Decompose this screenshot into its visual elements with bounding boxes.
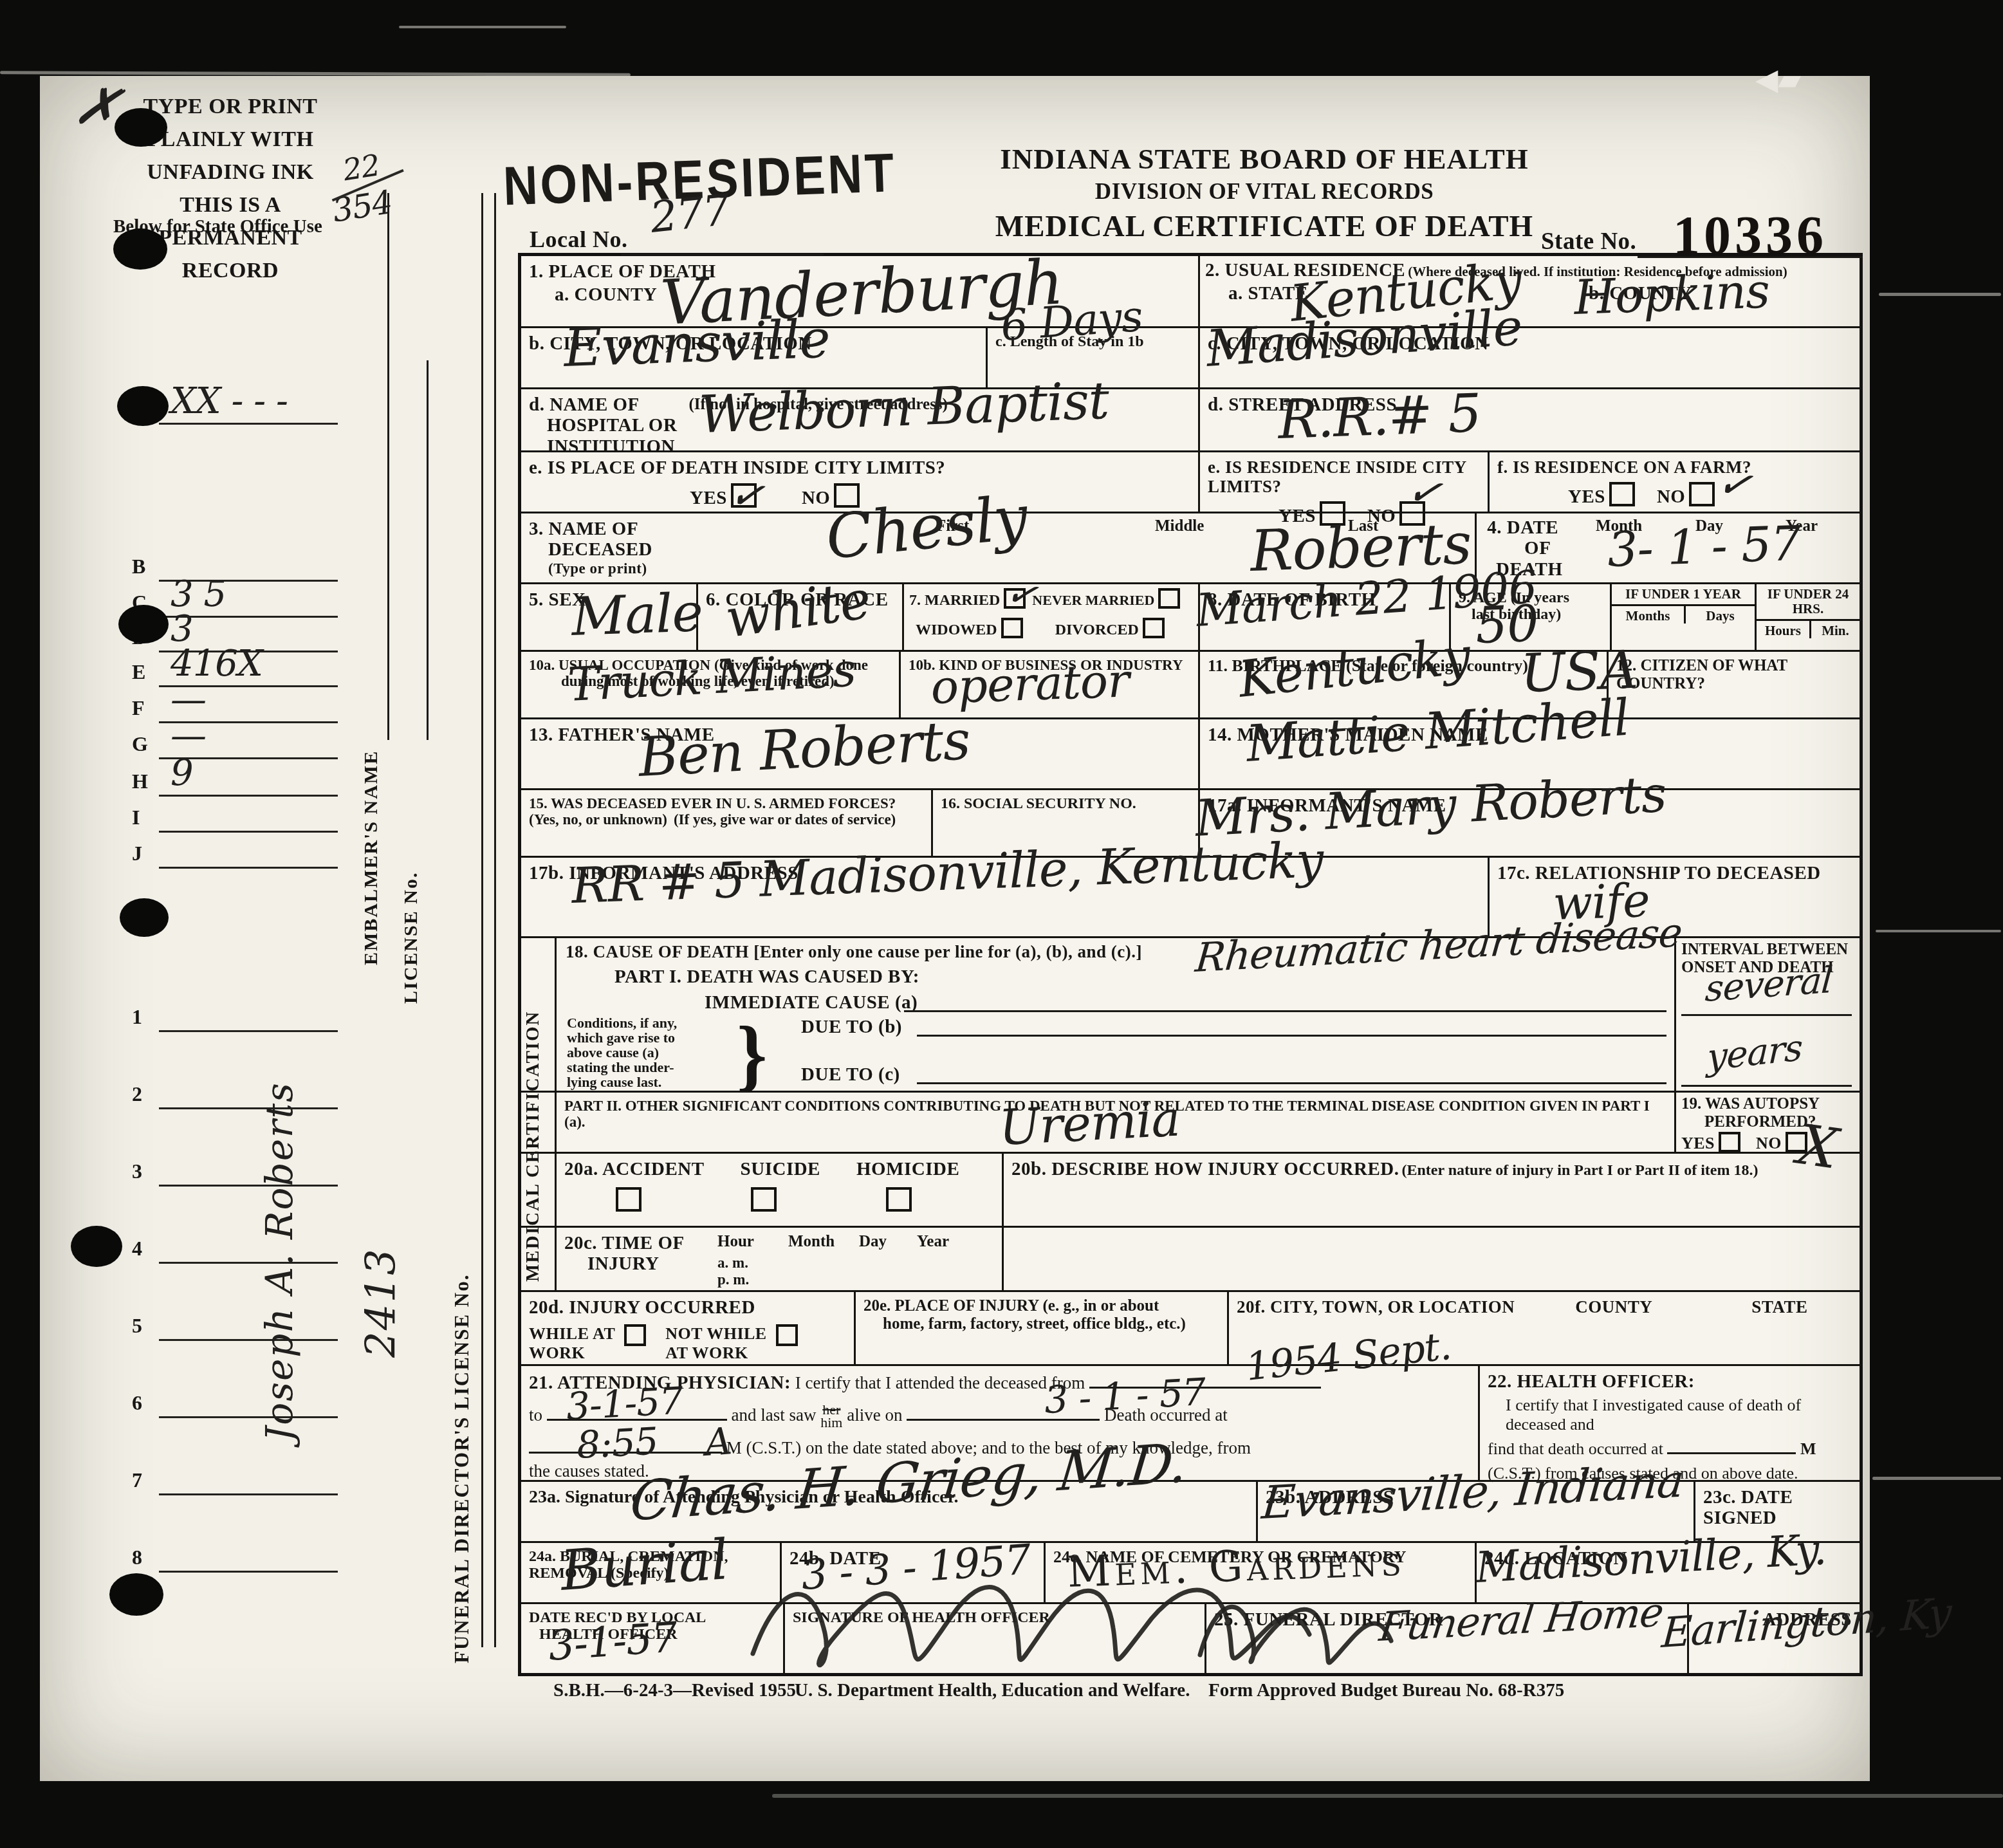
punch-hole: [109, 1573, 163, 1616]
field-under-24-hrs: IF UNDER 24 HRS. Hours Min.: [1757, 584, 1860, 650]
state-label: a. STATE: [1228, 283, 1308, 304]
scan-band-top: [0, 0, 2003, 77]
office-row-label: 7: [132, 1468, 142, 1492]
local-no-label: Local No.: [530, 226, 628, 252]
cause-label: 18. CAUSE OF DEATH [Enter only one cause…: [566, 942, 1142, 961]
autopsy-label: 19. WAS AUTOPSY: [1681, 1095, 1854, 1113]
row-occupation: 10a. USUAL OCCUPATION (Give kind of work…: [521, 652, 1860, 719]
date-of-death-label: OF: [1513, 538, 1562, 559]
row-city: b. CITY, TOWN, OR LOCATION c. Length of …: [521, 328, 1860, 389]
no-checkbox: [1689, 482, 1715, 506]
while-at-work-checkbox: [624, 1324, 646, 1346]
health-officer-text: find that death occurred at: [1488, 1439, 1663, 1458]
scan-scratch: [399, 26, 566, 28]
field-signature-address: 23b. ADDRESS: [1258, 1482, 1695, 1541]
name-label: 3. NAME OF: [529, 519, 652, 539]
office-row: 4: [132, 1237, 338, 1266]
informant-address-label: 17b. INFORMANT'S ADDRESS: [529, 863, 1480, 883]
field-funeral-director: 25. FUNERAL DIRECTOR: [1206, 1604, 1689, 1675]
embalmer-name-label: EMBALMER'S NAME: [360, 695, 382, 965]
day-header: Day: [859, 1233, 887, 1251]
office-row-line: [159, 1262, 338, 1264]
office-row: 5: [132, 1314, 338, 1344]
from-line: [1089, 1383, 1321, 1389]
informant-name-label: 17a. INFORMANT'S NAME: [1208, 795, 1852, 816]
punch-hole: [115, 108, 167, 147]
accident-label: 20a. ACCIDENT: [564, 1159, 705, 1179]
married-label: 7. MARRIED: [909, 592, 1000, 609]
division-title: DIVISION OF VITAL RECORDS: [943, 179, 1586, 204]
autopsy-no-checkbox: [1786, 1132, 1807, 1152]
scan-scratch: [1872, 1477, 2001, 1480]
hospital-label: d. NAME OF: [529, 394, 677, 415]
field-informant-address: 17b. INFORMANT'S ADDRESS: [521, 858, 1490, 936]
burial-label: REMOVAL (Specify): [529, 1565, 772, 1582]
budget-bureau-note: Form Approved Budget Bureau No. 68-R375: [1208, 1681, 1564, 1701]
pencil-fraction: 22 354: [324, 143, 412, 229]
date-of-death-label: 4. DATE: [1483, 517, 1562, 538]
min-header: Min.: [1811, 621, 1860, 638]
age-label: last birthday): [1472, 606, 1602, 623]
office-row: G—: [132, 732, 338, 762]
office-row-line: [159, 795, 338, 797]
health-officer-label: 22. HEALTH OFFICER:: [1488, 1371, 1852, 1392]
hours-header: Hours: [1757, 621, 1811, 638]
field-sex: 5. SEX: [521, 584, 698, 650]
attending-physician-label: 21. ATTENDING PHYSICIAN:: [529, 1372, 791, 1393]
field-length-of-stay: c. Length of Stay in 1b: [988, 328, 1200, 387]
board-title: INDIANA STATE BOARD OF HEALTH: [943, 143, 1586, 175]
row-hospital-street: d. NAME OF HOSPITAL OR INSTITUTION (If n…: [521, 389, 1860, 452]
row-informant-address: 17b. INFORMANT'S ADDRESS 17c. RELATIONSH…: [521, 858, 1860, 938]
row-part2-autopsy: PART II. OTHER SIGNIFICANT CONDITIONS CO…: [521, 1093, 1860, 1154]
field-mother-name: 14. MOTHER'S MAIDEN NAME: [1200, 719, 1860, 788]
vertical-rule: [494, 193, 496, 1647]
office-row: E416X: [132, 660, 338, 690]
row-physician-health-officer: 21. ATTENDING PHYSICIAN: I certify that …: [521, 1366, 1860, 1482]
time-injury-label: INJURY: [587, 1253, 685, 1274]
yes-checkbox: [731, 483, 757, 508]
armed-forces-label: 15. WAS DECEASED EVER IN U. S. ARMED FOR…: [529, 795, 923, 811]
hour-header: Hour: [717, 1233, 754, 1251]
row-signatures: 23a. Signature of Attending Physician or…: [521, 1482, 1860, 1543]
office-row-label: 6: [132, 1391, 142, 1414]
office-row: H9: [132, 770, 338, 799]
scanned-death-certificate: ◀▰ TYPE OR PRINT PLAINLY WITH UNFADING I…: [0, 0, 2003, 1848]
office-row-label: 4: [132, 1237, 142, 1260]
vertical-rule: [427, 360, 429, 740]
not-while-at-work-label: AT WORK: [665, 1344, 766, 1362]
local-no-value: 277: [648, 185, 732, 243]
office-row-label: 1: [132, 1005, 142, 1028]
not-while-at-work-label: NOT WHILE: [665, 1324, 766, 1343]
age-label: 9. AGE (In years: [1459, 589, 1602, 606]
no-label: NO: [802, 488, 831, 508]
office-row: 3: [132, 1160, 338, 1189]
accident-checkbox: [616, 1187, 642, 1212]
field-street-address: d. STREET ADDRESS: [1200, 389, 1860, 450]
interval-line-2: [1681, 1085, 1852, 1087]
no-checkbox: [834, 483, 860, 508]
row-name-date: 3. NAME OF DECEASED (Type or print) Firs…: [521, 513, 1860, 584]
widowed-checkbox: [1001, 618, 1023, 638]
pm-label: p. m.: [717, 1271, 749, 1288]
autopsy-yes-checkbox: [1719, 1132, 1740, 1152]
office-row-label: J: [132, 842, 142, 865]
office-row-value: XX - - -: [171, 380, 288, 422]
row-injury-place: 20d. INJURY OCCURRED WHILE ATWORK NOT WH…: [521, 1292, 1860, 1366]
field-attending-physician: 21. ATTENDING PHYSICIAN: I certify that …: [521, 1366, 1480, 1480]
row-parents: 13. FATHER'S NAME 14. MOTHER'S MAIDEN NA…: [521, 719, 1860, 790]
cemetery-location-label: 24d. LOCATION: [1484, 1548, 1852, 1569]
date-signed-label: 23c. DATE SIGNED: [1703, 1487, 1852, 1529]
yes-checkbox: [1609, 482, 1635, 506]
month-header: Month: [1596, 517, 1642, 535]
row-funeral-director: DATE REC'D BY LOCAL HEALTH OFFICER SIGNA…: [521, 1604, 1860, 1675]
office-row-label: F: [132, 696, 145, 719]
place-of-death-title: 1. PLACE OF DEATH: [529, 261, 1190, 282]
ho-time-line: [1667, 1448, 1796, 1454]
office-row-line: [159, 1339, 338, 1341]
field-place-of-death: 1. PLACE OF DEATH a. COUNTY: [521, 256, 1200, 326]
stay-label: c. Length of Stay in 1b: [995, 333, 1190, 350]
field-name-of-deceased: 3. NAME OF DECEASED (Type or print) Firs…: [521, 513, 1477, 582]
punch-hole: [118, 605, 169, 643]
office-row-label: E: [132, 660, 145, 683]
physician-text: M (C.S.T.) on the date stated above; and…: [726, 1438, 1251, 1457]
field-hospital: d. NAME OF HOSPITAL OR INSTITUTION (If n…: [521, 389, 1200, 450]
months-header: Months: [1612, 606, 1686, 624]
office-row: I: [132, 806, 338, 835]
physician-signature-label: 23a. Signature of Attending Physician or…: [529, 1487, 1248, 1508]
field-date-received: DATE REC'D BY LOCAL HEALTH OFFICER: [521, 1604, 785, 1675]
health-officer-text: M: [1800, 1439, 1816, 1458]
medical-certification-label: MEDICAL CERTIFICATION: [522, 947, 544, 1282]
while-at-work-label: WORK: [529, 1344, 615, 1362]
field-armed-forces: 15. WAS DECEASED EVER IN U. S. ARMED FOR…: [521, 790, 933, 856]
married-checkbox: [1004, 588, 1026, 609]
sex-label: 5. SEX: [529, 589, 688, 610]
physician-text: the causes stated.: [529, 1461, 649, 1481]
punch-hole: [117, 386, 169, 426]
date-of-death-label: DEATH: [1496, 559, 1562, 580]
field-burial-date: 24b. DATE: [782, 1543, 1046, 1602]
time-injury-label: 20c. TIME OF: [564, 1233, 685, 1253]
vertical-rule: [387, 193, 389, 740]
certificate-form: 1. PLACE OF DEATH a. COUNTY 2. USUAL RES…: [518, 253, 1863, 1676]
physician-text: alive on: [847, 1405, 902, 1425]
color-race-label: 6. COLOR OR RACE: [706, 589, 894, 610]
on-line: [907, 1415, 1100, 1421]
vertical-rule: [481, 193, 483, 1647]
row-place-residence: 1. PLACE OF DEATH a. COUNTY 2. USUAL RES…: [521, 256, 1860, 328]
date-received-label: HEALTH OFFICER: [539, 1626, 775, 1643]
scan-arrow-artifact: ◀▰: [1755, 62, 1801, 97]
office-row: 6: [132, 1391, 338, 1421]
never-married-checkbox: [1158, 588, 1180, 609]
funeral-address-label: ADDRESS: [1697, 1609, 1852, 1630]
office-row-value: —: [171, 715, 206, 757]
field-place-of-injury: 20e. PLACE OF INJURY (e. g., in or about…: [856, 1292, 1229, 1364]
office-row-label: B: [132, 555, 145, 578]
father-label: 13. FATHER'S NAME: [529, 725, 1190, 745]
field-health-officer: 22. HEALTH OFFICER: I certify that I inv…: [1480, 1366, 1860, 1480]
widowed-label: WIDOWED: [916, 622, 997, 638]
scan-scratch: [1876, 930, 2001, 932]
office-row-line: [159, 867, 338, 869]
health-officer-text: (C.S.T.) from causes stated and on above…: [1488, 1464, 1852, 1483]
part1-label: PART I. DEATH WAS CAUSED BY:: [614, 966, 919, 987]
days-header: Days: [1686, 606, 1755, 624]
divorced-label: DIVORCED: [1055, 622, 1139, 638]
office-row: B: [132, 555, 338, 584]
burial-date-label: 24b. DATE: [789, 1548, 1036, 1569]
citizen-label: 12. CITIZEN OF WHAT COUNTRY?: [1616, 657, 1852, 692]
field-occupation: 10a. USUAL OCCUPATION (Give kind of work…: [521, 652, 901, 717]
hospital-note: (If not in hospital, give street address…: [688, 396, 948, 457]
due-to-b-label: DUE TO (b): [801, 1017, 902, 1037]
homicide-checkbox: [886, 1187, 912, 1212]
row-forces-ssn-informant: 15. WAS DECEASED EVER IN U. S. ARMED FOR…: [521, 790, 1860, 858]
under-1-year-label: IF UNDER 1 YEAR: [1612, 587, 1755, 606]
office-row-label: H: [132, 770, 148, 793]
signature-address-label: 23b. ADDRESS: [1266, 1487, 1686, 1508]
field-injury-occurred: 20d. INJURY OCCURRED WHILE ATWORK NOT WH…: [521, 1292, 856, 1364]
date-received-label: DATE REC'D BY LOCAL: [529, 1609, 775, 1626]
month-header: Month: [788, 1233, 835, 1251]
field-informant-name: 17a. INFORMANT'S NAME: [1200, 790, 1860, 856]
year-header: Year: [1786, 517, 1818, 535]
field-health-officer-signature: SIGNATURE OF HEALTH OFFICER: [785, 1604, 1206, 1675]
suicide-checkbox: [751, 1187, 777, 1212]
last-header: Last: [1348, 517, 1378, 535]
notice-line: UNFADING INK: [108, 156, 353, 189]
him-option: him: [820, 1416, 842, 1429]
row-time-of-injury: 20c. TIME OF INJURY Hour a. m. p. m. Mon…: [521, 1228, 1860, 1292]
funeral-director-license-label: FUNERAL DIRECTOR'S LICENSE No.: [450, 994, 474, 1663]
field-injury-blank: [1004, 1228, 1860, 1290]
yes-label: YES: [690, 488, 727, 508]
field-age: 9. AGE (In years last birthday): [1451, 584, 1612, 650]
health-officer-text: I certify that I investigated cause of d…: [1506, 1396, 1852, 1434]
to-line: [547, 1415, 727, 1421]
row-cause-of-death: 18. CAUSE OF DEATH [Enter only one cause…: [521, 938, 1860, 1093]
residence-city-label: c. CITY, TOWN, OR LOCATION: [1208, 333, 1852, 354]
usual-residence-title: 2. USUAL RESIDENCE: [1205, 260, 1405, 281]
due-c-line: [917, 1062, 1666, 1084]
injury-city-label: 20f. CITY, TOWN, OR LOCATION: [1237, 1297, 1515, 1317]
field-burial-type: 24a. BURIAL, CREMATION, REMOVAL (Specify…: [521, 1543, 782, 1602]
office-row-label: 2: [132, 1082, 142, 1105]
birthplace-label: 11. BIRTHPLACE (State or foreign country…: [1208, 657, 1599, 676]
physician-text: to: [529, 1405, 542, 1425]
conditions-note: lying cause last.: [567, 1075, 677, 1089]
occupation-label: 10a. USUAL OCCUPATION (Give kind of work…: [529, 657, 891, 673]
first-header: First: [936, 517, 969, 535]
name-label: DECEASED: [548, 539, 652, 560]
health-officer-signature-label: SIGNATURE OF HEALTH OFFICER: [793, 1609, 1197, 1626]
due-to-c-label: DUE TO (c): [801, 1064, 900, 1085]
field-residence-city-limits: e. IS RESIDENCE INSIDE CITY LIMITS? YES …: [1200, 452, 1490, 512]
armed-forces-note: (If yes, give war or dates of service): [674, 811, 896, 827]
city-label: b. CITY, TOWN, OR LOCATION: [529, 333, 978, 354]
armed-forces-note: (Yes, no, or unknown): [529, 811, 667, 827]
embalmer-signature: Joseph A. Roberts: [257, 1004, 301, 1441]
conditions-note: which gave rise to: [567, 1030, 677, 1045]
office-row-line: [159, 1107, 338, 1109]
due-b-line: [917, 1014, 1666, 1037]
field-residence-city: c. CITY, TOWN, OR LOCATION: [1200, 328, 1860, 387]
office-row: 7: [132, 1468, 338, 1498]
while-at-work-label: WHILE AT: [529, 1324, 615, 1343]
punch-hole: [120, 898, 169, 937]
field-birthplace: 11. BIRTHPLACE (State or foreign country…: [1200, 652, 1609, 717]
office-row-label: 5: [132, 1314, 142, 1337]
injury-county-label: COUNTY: [1575, 1297, 1652, 1317]
row-burial: 24a. BURIAL, CREMATION, REMOVAL (Specify…: [521, 1543, 1860, 1604]
year-header: Year: [917, 1233, 949, 1251]
row-city-limits: e. IS PLACE OF DEATH INSIDE CITY LIMITS?…: [521, 452, 1860, 513]
office-row-value: 9: [171, 752, 193, 794]
interval-label: INTERVAL BETWEEN: [1681, 941, 1854, 959]
no-label: NO: [1756, 1134, 1782, 1152]
time-line: [529, 1448, 722, 1454]
describe-injury-label: 20b. DESCRIBE HOW INJURY OCCURRED.: [1011, 1159, 1399, 1179]
field-father-name: 13. FATHER'S NAME: [521, 719, 1200, 788]
office-row: F—: [132, 696, 338, 726]
funeral-director-label: 25. FUNERAL DIRECTOR: [1214, 1609, 1679, 1630]
field-time-of-injury: 20c. TIME OF INJURY Hour a. m. p. m. Mon…: [557, 1228, 1004, 1290]
field-city-of-death: b. CITY, TOWN, OR LOCATION: [521, 328, 988, 387]
funeral-director-license-value: 2413: [358, 1190, 405, 1358]
office-row-line: [159, 1493, 338, 1495]
field-date-of-death: 4. DATE OF DEATH Month Day Year: [1477, 513, 1860, 582]
scan-band-right: [1869, 0, 2003, 1848]
never-married-label: NEVER MARRIED: [1032, 592, 1154, 608]
row-sex-race-dob: 5. SEX 6. COLOR OR RACE 7. MARRIED NEVER…: [521, 584, 1860, 652]
describe-injury-note: (Enter nature of injury in Part I or Par…: [1402, 1162, 1758, 1179]
state-no-label: State No.: [1541, 228, 1636, 255]
office-row-line: [159, 423, 338, 425]
office-row-label: 8: [132, 1546, 142, 1569]
conditions-brace: }: [737, 1008, 767, 1102]
field-cemetery: 24c. NAME OF CEMETERY OR CREMATORY: [1046, 1543, 1477, 1602]
field-death-city-limits: e. IS PLACE OF DEATH INSIDE CITY LIMITS?…: [521, 452, 1200, 512]
row-accident: 20a. ACCIDENT SUICIDE HOMICIDE 20b. DESC…: [521, 1154, 1860, 1228]
license-no-label: LICENSE No.: [400, 791, 422, 1004]
state-no-value: 10336: [1673, 205, 1827, 267]
scan-band-left: [0, 0, 41, 1848]
place-of-injury-label: 20e. PLACE OF INJURY (e. g., in or about: [863, 1297, 1219, 1315]
field-physician-signature: 23a. Signature of Attending Physician or…: [521, 1482, 1258, 1541]
office-row: 8: [132, 1546, 338, 1575]
punch-hole: [113, 228, 167, 270]
mother-label: 14. MOTHER'S MAIDEN NAME: [1208, 725, 1852, 745]
yes-label: YES: [1568, 486, 1605, 507]
farm-label: f. IS RESIDENCE ON A FARM?: [1497, 457, 1852, 477]
street-address-label: d. STREET ADDRESS: [1208, 394, 1852, 415]
residence-limits-label: e. IS RESIDENCE INSIDE CITY LIMITS?: [1208, 457, 1480, 496]
office-row: 2: [132, 1082, 338, 1112]
conditions-note: Conditions, if any,: [567, 1015, 677, 1030]
part2-label: PART II. OTHER SIGNIFICANT CONDITIONS CO…: [564, 1098, 1666, 1131]
physician-text: Death occurred at: [1104, 1405, 1228, 1425]
field-date-of-birth: 8. DATE OF BIRTH: [1200, 584, 1451, 650]
under-24-hrs-label: IF UNDER 24 HRS.: [1757, 587, 1860, 621]
conditions-note: stating the under-: [567, 1060, 677, 1075]
punch-hole: [71, 1226, 122, 1267]
no-label: NO: [1657, 486, 1686, 507]
interval-line-1: [1681, 1014, 1852, 1016]
field-accident-suicide-homicide: 20a. ACCIDENT SUICIDE HOMICIDE: [557, 1154, 1004, 1226]
form-number: S.B.H.—6-24-3—Revised 1955: [553, 1681, 796, 1701]
am-label: a. m.: [717, 1255, 748, 1271]
scan-scratch: [1879, 293, 2001, 296]
department-note: U. S. Department Health, Education and W…: [795, 1681, 1190, 1701]
office-row-line: [159, 1030, 338, 1032]
office-row-line: [159, 831, 338, 833]
cause-a-line: [904, 988, 1666, 1012]
office-row: 1: [132, 1005, 338, 1035]
field-part2: PART II. OTHER SIGNIFICANT CONDITIONS CO…: [557, 1093, 1676, 1152]
field-autopsy: 19. WAS AUTOPSY PERFORMED? YES NO: [1676, 1093, 1860, 1152]
dob-label: 8. DATE OF BIRTH: [1208, 589, 1441, 610]
relationship-label: 17c. RELATIONSHIP TO DECEASED: [1497, 863, 1852, 883]
injury-occurred-label: 20d. INJURY OCCURRED: [529, 1297, 846, 1318]
field-color-race: 6. COLOR OR RACE: [698, 584, 904, 650]
office-row-label: G: [132, 732, 148, 755]
injury-state-label: STATE: [1751, 1297, 1807, 1317]
scan-scratch: [772, 1794, 2003, 1798]
residence-county-label: b. COUNTY: [1589, 283, 1692, 304]
business-label: 10b. KIND OF BUSINESS OR INDUSTRY: [909, 657, 1190, 673]
occupation-label: during most of working life, even if ret…: [561, 673, 891, 689]
cemetery-label: 24c. NAME OF CEMETERY OR CREMATORY: [1053, 1548, 1467, 1567]
physician-text: and last saw: [732, 1405, 817, 1425]
place-of-injury-label: home, farm, factory, street, office bldg…: [883, 1315, 1219, 1333]
middle-header: Middle: [1155, 517, 1204, 535]
field-residence-farm: f. IS RESIDENCE ON A FARM? YES NO: [1490, 452, 1860, 512]
not-while-at-work-checkbox: [776, 1324, 798, 1346]
office-row-label: 3: [132, 1160, 142, 1183]
field-business: 10b. KIND OF BUSINESS OR INDUSTRY: [901, 652, 1200, 717]
hospital-label: HOSPITAL OR: [547, 415, 677, 436]
burial-label: 24a. BURIAL, CREMATION,: [529, 1548, 772, 1565]
yes-label: YES: [1681, 1134, 1715, 1152]
physician-text: I certify that I attended the deceased f…: [795, 1373, 1085, 1392]
death-limits-label: e. IS PLACE OF DEATH INSIDE CITY LIMITS?: [529, 457, 1190, 478]
certificate-title: MEDICAL CERTIFICATE OF DEATH: [943, 210, 1586, 244]
field-cause-of-death: 18. CAUSE OF DEATH [Enter only one cause…: [557, 938, 1676, 1091]
field-funeral-address: ADDRESS: [1689, 1604, 1860, 1675]
field-relationship: 17c. RELATIONSHIP TO DECEASED: [1490, 858, 1860, 936]
field-injury-city: 20f. CITY, TOWN, OR LOCATION COUNTY STAT…: [1229, 1292, 1860, 1364]
interval-label: ONSET AND DEATH: [1681, 959, 1854, 977]
field-ssn: 16. SOCIAL SECURITY NO.: [933, 790, 1200, 856]
office-row-line: [159, 1185, 338, 1187]
homicide-label: HOMICIDE: [856, 1159, 959, 1179]
ssn-label: 16. SOCIAL SECURITY NO.: [941, 795, 1190, 812]
county-label: a. COUNTY: [555, 284, 1190, 305]
autopsy-label: PERFORMED?: [1704, 1113, 1854, 1131]
office-row: J: [132, 842, 338, 871]
office-row-label: I: [132, 806, 140, 829]
divorced-checkbox: [1143, 618, 1165, 638]
name-note: (Type or print): [548, 560, 652, 577]
field-under-1-year: IF UNDER 1 YEAR Months Days: [1612, 584, 1757, 650]
scan-band-bottom: [0, 1780, 2003, 1848]
field-marital-status: 7. MARRIED NEVER MARRIED WIDOWED DIVORCE…: [904, 584, 1200, 650]
